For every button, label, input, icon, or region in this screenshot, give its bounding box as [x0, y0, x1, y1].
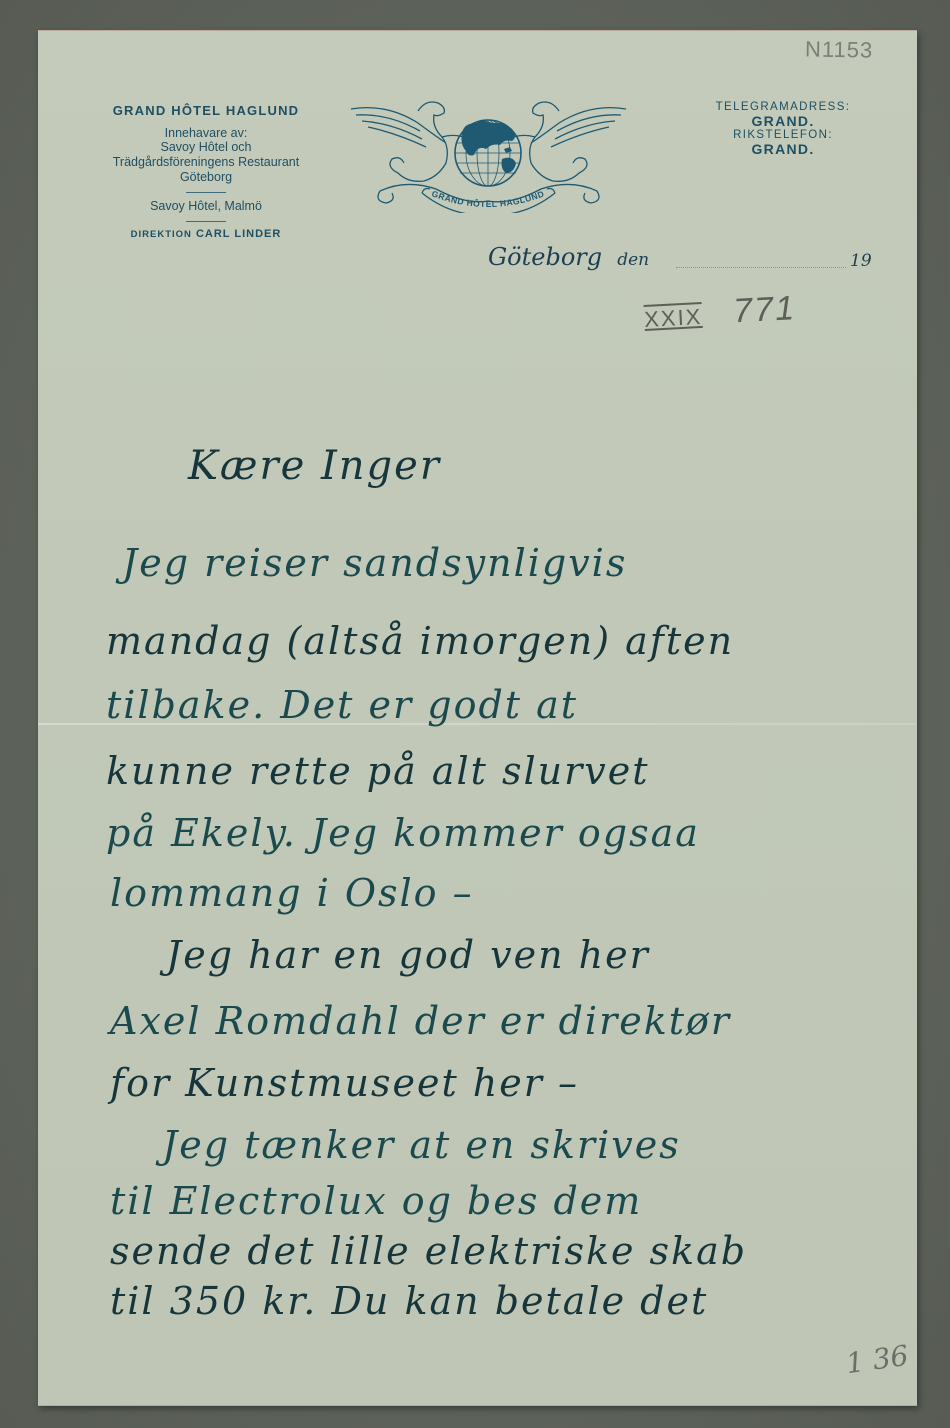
archive-number: N1153 [805, 36, 874, 63]
letter-line: sende det lille elektriske skab [110, 1229, 950, 1273]
salutation: Kære Inger [188, 443, 950, 489]
svg-text:GRAND HÔTEL HAGLUND: GRAND HÔTEL HAGLUND [430, 188, 545, 209]
direction-line: DIREKTION CARL LINDER [86, 228, 326, 240]
letter-line: for Kunstmuseet her – [110, 1061, 950, 1105]
owned-line: Trädgårdsföreningens Restaurant [86, 155, 326, 170]
place-den: den [617, 250, 649, 270]
director-name: CARL LINDER [196, 228, 281, 240]
letter-line: Jeg tænker at en skrives [162, 1123, 950, 1167]
pencil-annotation: XXIX 771 [643, 289, 797, 336]
letter-line: kunne rette på alt slurvet [106, 749, 950, 793]
crest-banner-text: GRAND HÔTEL HAGLUND [430, 188, 545, 209]
griffin-globe-crest-icon: GRAND HÔTEL HAGLUND [346, 93, 631, 213]
owned-line: Savoy Hôtel och [86, 140, 326, 155]
letter-line: på Ekely. Jeg kommer ogsaa [106, 811, 950, 855]
letter-line: Jeg har en god ven her [166, 933, 950, 977]
letter-line: til Electrolux og bes dem [110, 1179, 950, 1223]
divider [186, 221, 226, 222]
telegram-label: TELEGRAMADRESS: [698, 101, 868, 113]
date-blank-line [676, 267, 846, 268]
letter-line: til 350 kr. Du kan betale det [110, 1279, 950, 1323]
pencil-date-roman: XXIX [644, 304, 703, 332]
letter-sheet: N1153 GRAND HÔTEL HAGLUND Innehavare av:… [38, 30, 917, 1406]
owned-line: Göteborg [86, 170, 326, 185]
place-date-line: Göteborg den 19 [488, 243, 888, 271]
pencil-date-number: 771 [732, 289, 797, 330]
second-property: Savoy Hôtel, Malmö [86, 199, 326, 214]
place-city: Göteborg [488, 243, 602, 271]
letter-line: Jeg reiser sandsynligvis [122, 541, 950, 585]
divider [186, 192, 226, 193]
pencil-page-mark: 1 36 [844, 1339, 910, 1380]
letter-line: mandag (altså imorgen) aften [106, 619, 950, 663]
owner-label: Innehavare av: [86, 126, 326, 140]
hotel-name: GRAND HÔTEL HAGLUND [86, 103, 326, 118]
year-prefix: 19 [850, 251, 872, 271]
letter-line: lommang i Oslo – [110, 871, 950, 915]
telegram-value: GRAND. [698, 113, 868, 129]
letter-line: tilbake. Det er godt at [106, 683, 950, 727]
letterhead-left: GRAND HÔTEL HAGLUND Innehavare av: Savoy… [86, 103, 326, 240]
letterhead-right: TELEGRAMADRESS: GRAND. RIKSTELEFON: GRAN… [698, 101, 868, 157]
letter-line: Axel Romdahl der er direktør [110, 999, 950, 1043]
phone-value: GRAND. [698, 141, 868, 157]
direction-label: DIREKTION [131, 229, 192, 240]
phone-label: RIKSTELEFON: [698, 129, 868, 141]
